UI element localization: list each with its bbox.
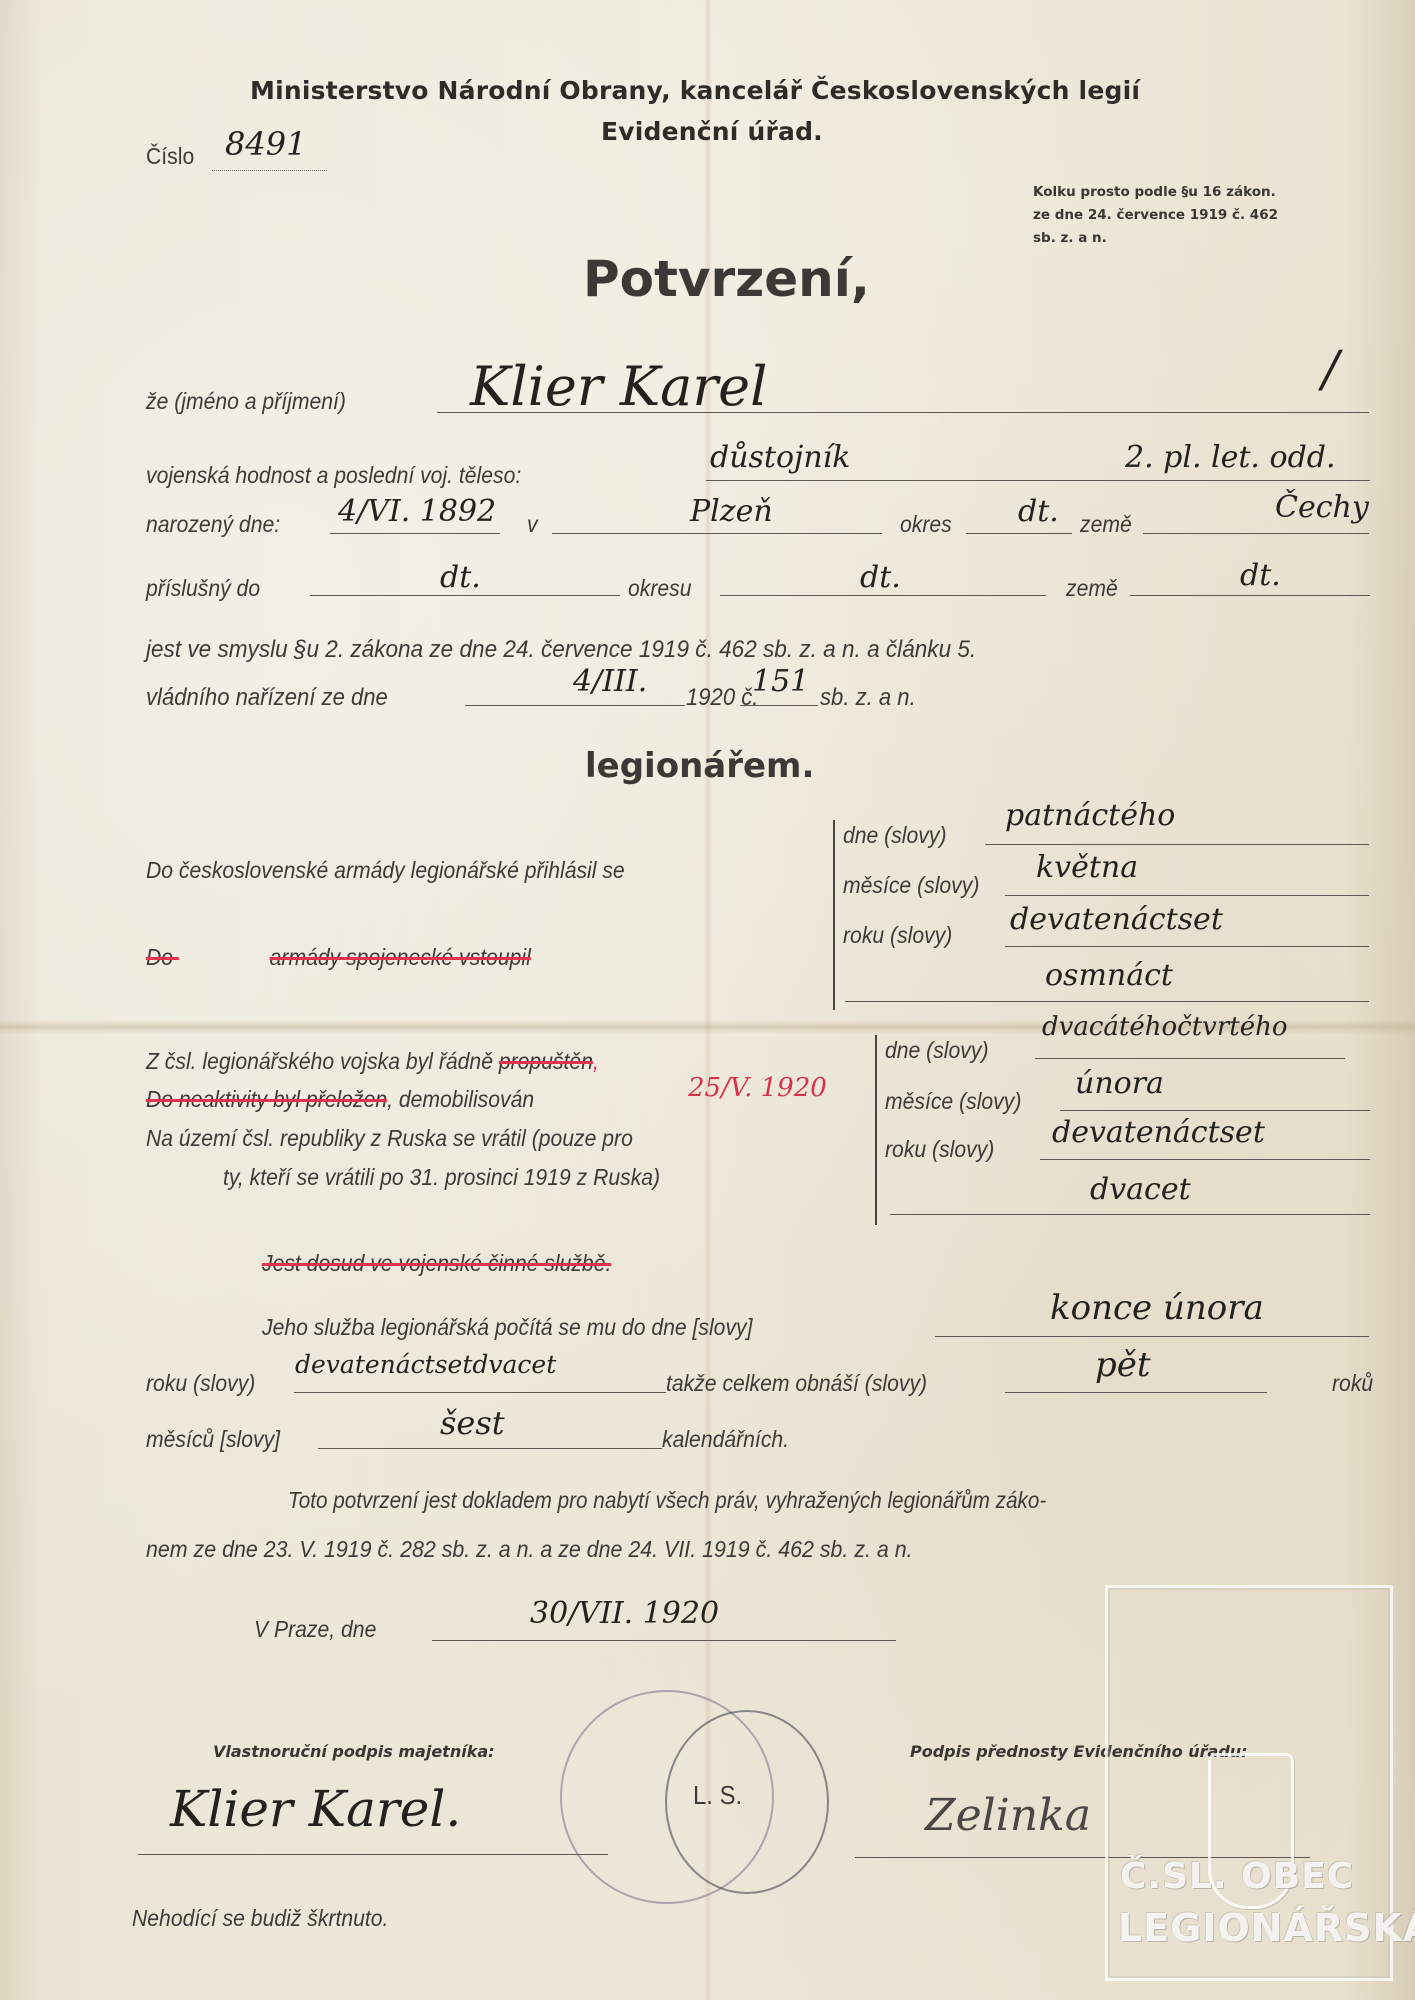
allied-text: armády spojenecké vstoupil [270,944,531,970]
demobilized-label: , demobilisován [387,1086,534,1112]
discharge-text: Z čsl. legionářského vojska byl řádně [146,1048,493,1074]
discharge-year-value-2: dvacet [1090,1172,1191,1207]
enlist-year-value-2: osmnáct [1045,958,1173,993]
service-months-label: měsíců [slovy] [146,1426,280,1453]
allied-blank [173,944,270,971]
service-until-line [935,1336,1369,1337]
chief-signature: Zelinka [925,1790,1091,1841]
office-heading: Evidenční úřad. [601,117,823,146]
enlist-year-value: devatenáctset [1010,902,1223,937]
owner-signature-line [138,1854,608,1855]
enlist-month-label: měsíce (slovy) [843,872,979,899]
allied-army-struck: Do armády spojenecké vstoupil [146,944,531,971]
closing-line-1: Toto potvrzení jest dokladem pro nabytí … [288,1487,1046,1514]
number-value: 8491 [225,125,306,163]
district-value: dt. [1018,494,1059,529]
rank-line [706,480,1370,481]
closing-line-2: nem ze dne 23. V. 1919 č. 282 sb. z. a n… [146,1536,913,1563]
inactivity-struck: Do neaktivity byl přeložen [146,1086,387,1112]
discharge-year-label: roku (slovy) [885,1136,994,1163]
footer-note: Nehodící se budiž škrtnuto. [132,1905,388,1932]
discharge-bracket [875,1035,877,1225]
discharge-month-value: února [1075,1066,1164,1101]
land-label: země [1080,511,1132,538]
discharge-year-line-2 [890,1214,1370,1215]
service-months-value: šest [440,1404,505,1442]
decree-date-line [465,705,685,706]
watermark-line-1: Č.SL. OBEC [1120,1856,1354,1897]
enlist-month-line [1005,895,1369,896]
name-line [437,412,1369,413]
document-subtitle: legionářem. [585,746,814,786]
stamp-note: Kolku prosto podle §u 16 zákon. ze dne 2… [1033,181,1278,250]
active-service-text: Jest dosud ve vojenské činné službě. [262,1250,611,1276]
place-date-line [432,1640,896,1641]
enlist-year-line [1005,946,1369,947]
name-value: Klier Karel [470,355,767,418]
discharge-year-value: devatenáctset [1052,1115,1265,1150]
domicile-label: příslušný do [146,575,260,602]
enlist-day-label: dne (slovy) [843,822,946,849]
discharge-day-line [1035,1058,1345,1059]
discharge-line-3: Na území čsl. republiky z Ruska se vráti… [146,1125,633,1152]
discharge-line-2: Do neaktivity byl přeložen, demobilisová… [146,1086,534,1113]
service-months-line [318,1448,662,1449]
born-label: narozený dne: [146,511,280,538]
enlist-month-value: května [1036,850,1138,885]
discharge-year-line [1040,1159,1370,1160]
legion-watermark: Č.SL. OBEC LEGIONÁŘSKÁ [1105,1585,1393,1981]
ministry-heading: Ministerstvo Národní Obrany, kancelář Če… [250,76,1140,105]
red-comma: , [593,1048,599,1074]
unit-value: 2. pl. let. odd. [1125,440,1336,475]
discharge-line-4: ty, kteří se vrátili po 31. prosinci 191… [223,1164,660,1191]
decree-date: 4/III. [573,664,647,699]
owner-signature: Klier Karel. [170,1780,461,1838]
land-value: Čechy [1275,490,1369,525]
service-year-label: roku (slovy) [146,1370,255,1397]
discharge-month-line [1060,1110,1370,1111]
stamp-note-line-3: sb. z. a n. [1033,227,1278,250]
discharge-struck: propuštěn [499,1048,593,1074]
stamp-note-line-1: Kolku prosto podle §u 16 zákon. [1033,181,1278,204]
rank-value: důstojník [710,440,850,475]
domicile-land-line [1130,595,1370,596]
decree-year-label: 1920 č. [686,684,758,712]
service-until-label: Jeho služba legionářská počítá se mu do … [262,1314,753,1341]
enlist-year-line-2 [845,1001,1369,1002]
decree-label: vládního nařízení ze dne [146,684,388,712]
born-line [330,533,500,534]
service-years-unit: roků [1332,1370,1373,1397]
demob-date: 25/V. 1920 [688,1073,827,1103]
seal-ring [665,1710,829,1894]
owner-signature-label: Vlastnoruční podpis majetníka: [213,1740,495,1763]
enlist-day-value: patnáctého [1005,798,1175,833]
number-line [212,170,327,171]
stamp-note-line-2: ze dne 24. července 1919 č. 462 [1033,204,1278,227]
service-year-value: devatenáctsetdvacet [295,1350,556,1379]
service-years-value: pět [1095,1345,1151,1385]
discharge-line-1: Z čsl. legionářského vojska byl řádně pr… [146,1048,599,1075]
district-line [966,533,1072,534]
domicile-land-value: dt. [1240,558,1281,593]
born-in-value: Plzeň [690,494,773,529]
domicile-value: dt. [440,560,481,595]
born-value: 4/VI. 1892 [338,494,496,529]
enlist-year-label: roku (slovy) [843,922,952,949]
watermark-line-2: LEGIONÁŘSKÁ [1118,1906,1415,1950]
born-in-line [552,533,882,534]
service-years-line [1005,1392,1267,1393]
service-months-unit: kalendářních. [662,1426,789,1453]
allied-prefix: Do [146,944,173,970]
seal-text: L. S. [693,1780,742,1811]
domicile-district-label: okresu [628,575,692,602]
enlistment-text: Do československé armády legionářské při… [146,857,625,884]
place-date-value: 30/VII. 1920 [530,1596,719,1631]
law-text: jest ve smyslu §u 2. zákona ze dne 24. č… [146,636,976,664]
service-year-line [294,1392,666,1393]
name-label: že (jméno a příjmení) [146,388,346,415]
district-label: okres [900,511,952,538]
domicile-district-line [720,595,1046,596]
domicile-land-label: země [1066,575,1118,602]
number-label: Číslo [146,143,194,170]
decree-number-line [740,705,818,706]
born-in-label: v [527,511,538,538]
service-until-value: konce února [1050,1288,1264,1328]
active-service-struck: Jest dosud ve vojenské činné službě. [262,1250,611,1277]
place-date-label: V Praze, dne [254,1616,376,1643]
service-total-label: takže celkem obnáší (slovy) [666,1370,927,1397]
discharge-day-value: dvacátéhočtvrtého [1042,1012,1288,1042]
decree-suffix: sb. z. a n. [820,684,916,712]
enlist-day-line [985,844,1369,845]
domicile-line [310,595,620,596]
land-line [1143,533,1369,534]
discharge-day-label: dne (slovy) [885,1037,988,1064]
rank-label: vojenská hodnost a poslední voj. těleso: [146,462,521,489]
enlistment-bracket [833,820,835,1010]
decree-number: 151 [752,664,809,699]
check-mark: / [1322,340,1339,398]
domicile-district-value: dt. [860,560,901,595]
document-title: Potvrzení, [583,250,870,308]
discharge-month-label: měsíce (slovy) [885,1088,1021,1115]
